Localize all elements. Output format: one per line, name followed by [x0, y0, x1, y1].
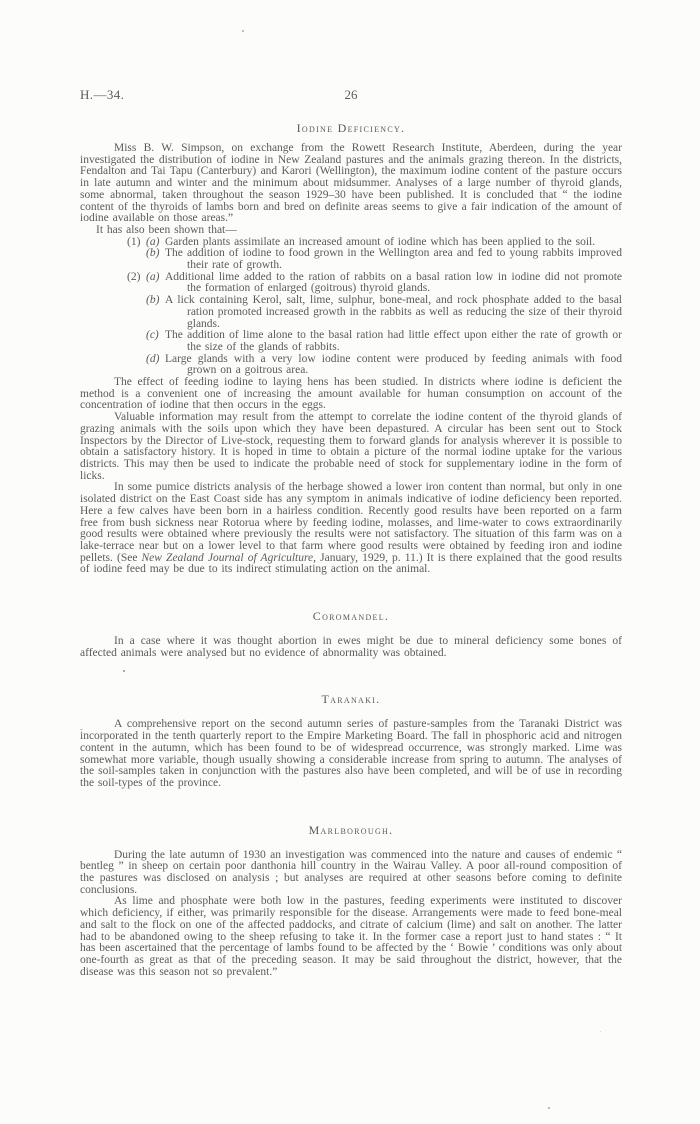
ink-speck [600, 1031, 601, 1032]
ink-speck [548, 1107, 550, 1109]
list-item-number [127, 295, 146, 330]
list-item-text: The addition of lime alone to the basal … [165, 330, 622, 353]
list-item: (d) Large glands with a very low iodine … [80, 354, 622, 377]
list-item-number: (2) [127, 272, 146, 295]
paragraph-marlborough-2: As lime and phosphate were both low in t… [80, 896, 622, 978]
journal-title-italic: New Zealand Journal of Agriculture [142, 552, 314, 564]
list-item-letter: (b) [146, 248, 165, 271]
list-item: (c) The addition of lime alone to the ba… [80, 330, 622, 353]
list-item-number [127, 354, 146, 377]
list-item-letter: (d) [146, 354, 165, 377]
paragraph-coromandel: In a case where it was thought abortion … [80, 636, 622, 659]
list-item: (b) The addition of iodine to food grown… [80, 248, 622, 271]
list-item-text: Large glands with a very low iodine cont… [165, 354, 622, 377]
list-item-number [127, 330, 146, 353]
paragraph-pumice-districts: In some pumice districts analysis of the… [80, 482, 622, 576]
list-item-letter: (c) [146, 330, 165, 353]
list-item-number [127, 248, 146, 271]
section-heading-taranaki: Taranaki. [80, 693, 622, 705]
section-heading-marlborough: Marlborough. [80, 824, 622, 836]
page-header: H.—34. 26 [80, 88, 622, 102]
list-item-text: Additional lime added to the ration of r… [165, 272, 622, 295]
paragraph-iodine-intro: Miss B. W. Simpson, on exchange from the… [80, 143, 622, 225]
paragraph-laying-hens: The effect of feeding iodine to laying h… [80, 377, 622, 412]
findings-list: (1) (a) Garden plants assimilate an incr… [80, 237, 622, 377]
section-heading-coromandel: Coromandel. [80, 610, 622, 622]
page-number: 26 [80, 88, 622, 102]
paragraph-taranaki: A comprehensive report on the second aut… [80, 719, 622, 789]
paragraph-thyroid-correlation: Valuable information may result from the… [80, 412, 622, 482]
list-item-letter: (a) [146, 272, 165, 295]
list-item: (2) (a) Additional lime added to the rat… [80, 272, 622, 295]
document-page: H.—34. 26 Iodine Deficiency. Miss B. W. … [80, 88, 622, 978]
list-item-number: (1) [127, 237, 146, 249]
list-item: (b) A lick containing Kerol, salt, lime,… [80, 295, 622, 330]
paragraph-shown-that-lead: It has also been shown that— [80, 225, 622, 237]
paragraph-marlborough-1: During the late autumn of 1930 an invest… [80, 850, 622, 897]
list-item-text: A lick containing Kerol, salt, lime, sul… [165, 295, 622, 330]
list-item-text: The addition of iodine to food grown in … [165, 248, 622, 271]
ink-speck [242, 30, 244, 32]
list-item-letter: (b) [146, 295, 165, 330]
section-heading-iodine-deficiency: Iodine Deficiency. [80, 122, 622, 134]
